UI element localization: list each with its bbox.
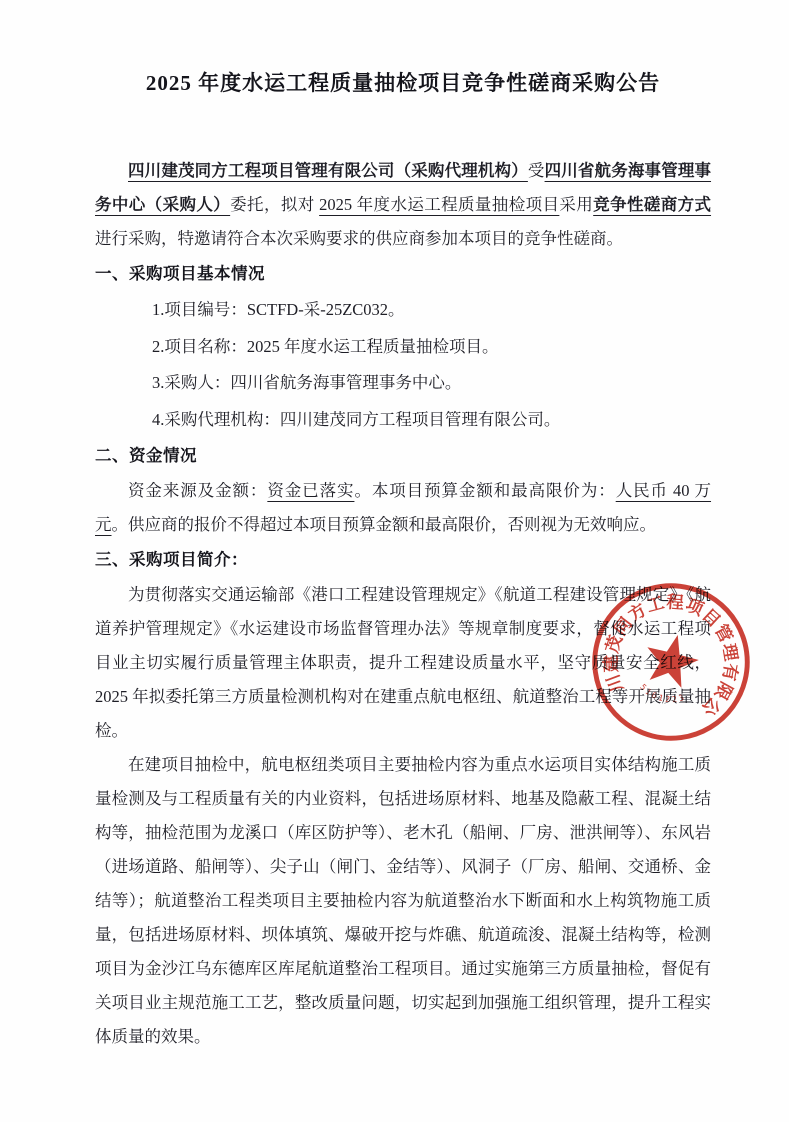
intro-closing: 进行采购，特邀请符合本次采购要求的供应商参加本项目的竞争性磋商。	[95, 229, 623, 248]
basic-info-list: 1.项目编号：SCTFD-采-25ZC032。 2.项目名称：2025 年度水运…	[95, 292, 711, 438]
intro-connector-2: 委托，拟对	[230, 195, 319, 214]
intro-connector-3: 采用	[559, 195, 593, 214]
list-item-project-number: 1.项目编号：SCTFD-采-25ZC032。	[95, 292, 711, 329]
intro-paragraph: 四川建茂同方工程项目管理有限公司（采购代理机构）受四川省航务海事管理事务中心（采…	[95, 154, 711, 256]
funds-status: 资金已落实	[267, 481, 354, 500]
funding-closing: 。供应商的报价不得超过本项目预算金额和最高限价，否则视为无效响应。	[112, 515, 657, 534]
procurement-method: 竞争性磋商方式	[593, 195, 711, 214]
funding-mid: 。本项目预算金额和最高限价为：	[354, 481, 615, 500]
list-item-project-name: 2.项目名称：2025 年度水运工程质量抽检项目。	[95, 329, 711, 366]
document-content: 2025 年度水运工程质量抽检项目竞争性磋商采购公告 四川建茂同方工程项目管理有…	[95, 68, 711, 1054]
project-name: 2025 年度水运工程质量抽检项目	[319, 195, 559, 214]
list-item-purchaser: 3.采购人：四川省航务海事管理事务中心。	[95, 365, 711, 402]
overview-paragraph-2: 在建项目抽检中，航电枢纽类项目主要抽检内容为重点水运项目实体结构施工质量检测及与…	[95, 748, 711, 1054]
page-title: 2025 年度水运工程质量抽检项目竞争性磋商采购公告	[95, 68, 711, 98]
intro-connector-1: 受	[528, 161, 545, 180]
funding-lead: 资金来源及金额：	[128, 481, 267, 500]
agency-name: 四川建茂同方工程项目管理有限公司（采购代理机构）	[128, 161, 528, 180]
funding-paragraph: 资金来源及金额：资金已落实。本项目预算金额和最高限价为：人民币 40 万元。供应…	[95, 474, 711, 542]
document-page: 2025 年度水运工程质量抽检项目竞争性磋商采购公告 四川建茂同方工程项目管理有…	[0, 0, 789, 1122]
section-heading-overview: 三、采购项目简介：	[95, 542, 711, 578]
section-heading-basic-info: 一、采购项目基本情况	[95, 256, 711, 292]
list-item-agency: 4.采购代理机构：四川建茂同方工程项目管理有限公司。	[95, 402, 711, 439]
section-heading-funding: 二、资金情况	[95, 438, 711, 474]
overview-paragraph-1: 为贯彻落实交通运输部《港口工程建设管理规定》《航道工程建设管理规定》《航道养护管…	[95, 578, 711, 748]
